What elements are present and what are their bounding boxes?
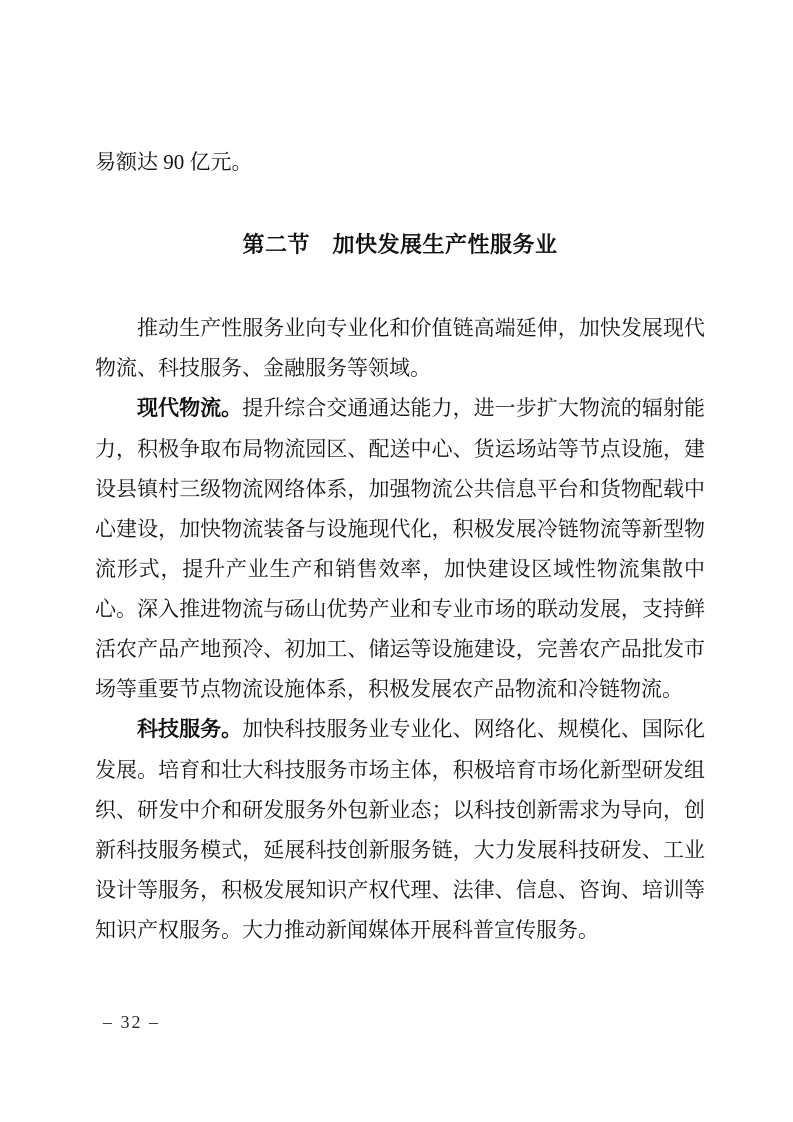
paragraph-tech-services-lead: 科技服务。: [137, 718, 242, 741]
document-page: 易额达 90 亿元。 第二节 加快发展生产性服务业 推动生产性服务业向专业化和价…: [0, 0, 793, 1122]
paragraph-tech-services-text: 加快科技服务业专业化、网络化、规模化、国际化发展。培育和壮大科技服务市场主体，积…: [95, 717, 705, 942]
paragraph-intro: 推动生产性服务业向专业化和价值链高端延伸，加快发展现代物流、科技服务、金融服务等…: [95, 308, 705, 388]
paragraph-modern-logistics-lead: 现代物流。: [137, 397, 242, 420]
paragraph-modern-logistics-text: 提升综合交通通达能力，进一步扩大物流的辐射能力，积极争取布局物流园区、配送中心、…: [95, 396, 705, 701]
paragraph-intro-text: 推动生产性服务业向专业化和价值链高端延伸，加快发展现代物流、科技服务、金融服务等…: [95, 316, 705, 380]
document-content: 易额达 90 亿元。 第二节 加快发展生产性服务业 推动生产性服务业向专业化和价…: [95, 142, 705, 950]
paragraph-tech-services: 科技服务。加快科技服务业专业化、网络化、规模化、国际化发展。培育和壮大科技服务市…: [95, 709, 705, 950]
page-number: – 32 –: [103, 1010, 160, 1034]
section-body: 推动生产性服务业向专业化和价值链高端延伸，加快发展现代物流、科技服务、金融服务等…: [95, 308, 705, 950]
paragraph-modern-logistics: 现代物流。提升综合交通通达能力，进一步扩大物流的辐射能力，积极争取布局物流园区、…: [95, 388, 705, 709]
continuation-paragraph: 易额达 90 亿元。: [95, 142, 705, 182]
section-heading: 第二节 加快发展生产性服务业: [95, 225, 705, 265]
